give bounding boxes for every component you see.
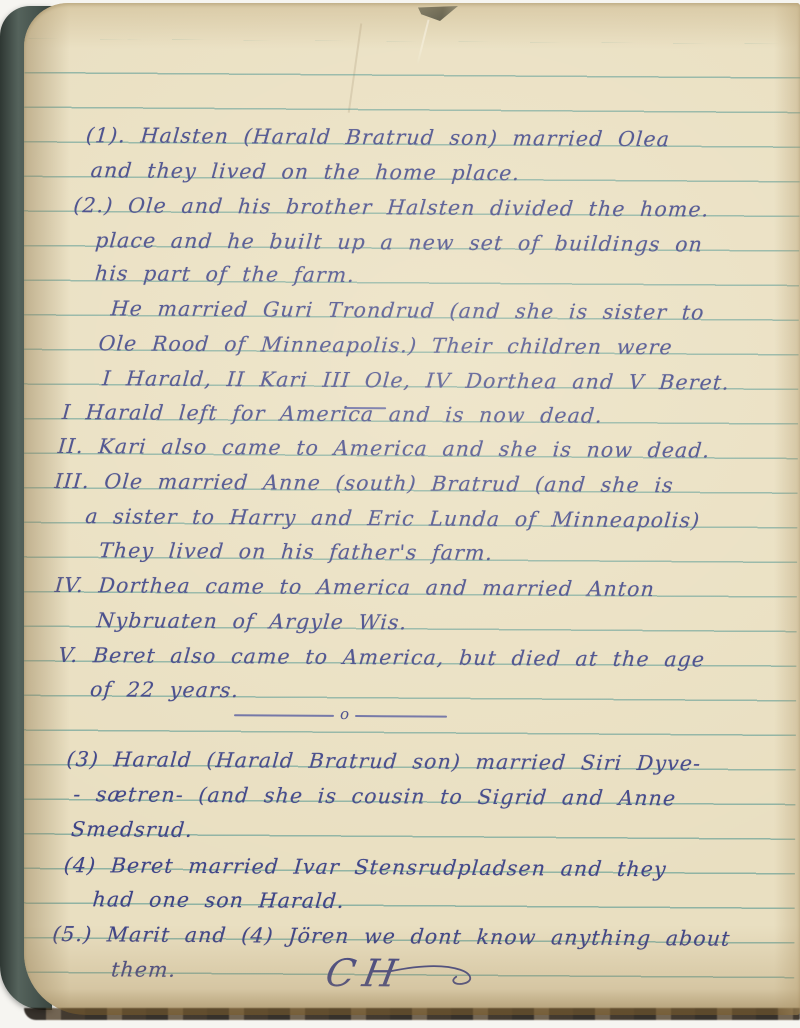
handwriting-line: Ole Rood of Minneapolis.) Their children… [97,328,674,362]
handwriting-line: He married Guri Trondrud (and she is sis… [110,293,706,327]
handwriting-line: (1). Halsten (Harald Bratrud son) marrie… [85,120,671,154]
handwriting-line: his part of the farm. [94,258,356,290]
handwriting-line: (3) Harald (Harald Bratrud son) married … [66,744,703,778]
divider-stroke [355,715,447,717]
notebook-scan: (1). Halsten (Harald Bratrud son) marrie… [0,0,800,1028]
page-content: (1). Halsten (Harald Bratrud son) marrie… [24,3,800,1015]
section-divider: o [234,710,447,721]
page-bottom-torn-edge [24,1008,800,1020]
handwriting-line: (2.) Ole and his brother Halsten divided… [72,190,710,224]
signature-flourish: CH [326,953,479,1002]
handwriting-line: Smedsrud. [70,814,194,845]
handwriting-line: (5.) Marit and (4) Jören we dont know an… [51,919,731,954]
divider-ornament: o [340,709,349,719]
handwriting-line: I Harald, II Kari III Ole, IV Dorthea an… [101,363,731,397]
handwriting-line: of 22 years. [89,674,240,705]
handwriting-line: I Harald left for America and is now dea… [61,397,604,431]
notebook-page: (1). Halsten (Harald Bratrud son) marrie… [24,3,800,1015]
handwriting-line: place and he built up a new set of build… [94,225,704,259]
handwriting-line: Nybruaten of Argyle Wis. [96,605,409,637]
handwriting-line: They lived on his father's farm. [98,535,494,568]
handwriting-line: and they lived on the home place. [90,155,522,188]
handwriting-line: III. Ole married Anne (south) Bratrud (a… [53,466,674,500]
handwriting-line: had one son Harald. [92,884,346,916]
handwriting-line: II. Kari also came to America and she is… [57,431,712,466]
handwriting-line: IV. Dorthea came to America and married … [54,570,656,604]
divider-stroke [234,714,334,716]
handwriting-line: V. Beret also came to America, but died … [57,640,706,674]
signature-initials: CH [323,953,409,993]
handwriting-line: a sister to Harry and Eric Lunda of Minn… [84,501,701,535]
handwriting-line: - sætren- (and she is cousin to Sigrid a… [72,779,677,813]
handwriting-line: them. [110,954,177,984]
handwriting-line: (4) Beret married Ivar Stensrudpladsen a… [63,850,668,884]
